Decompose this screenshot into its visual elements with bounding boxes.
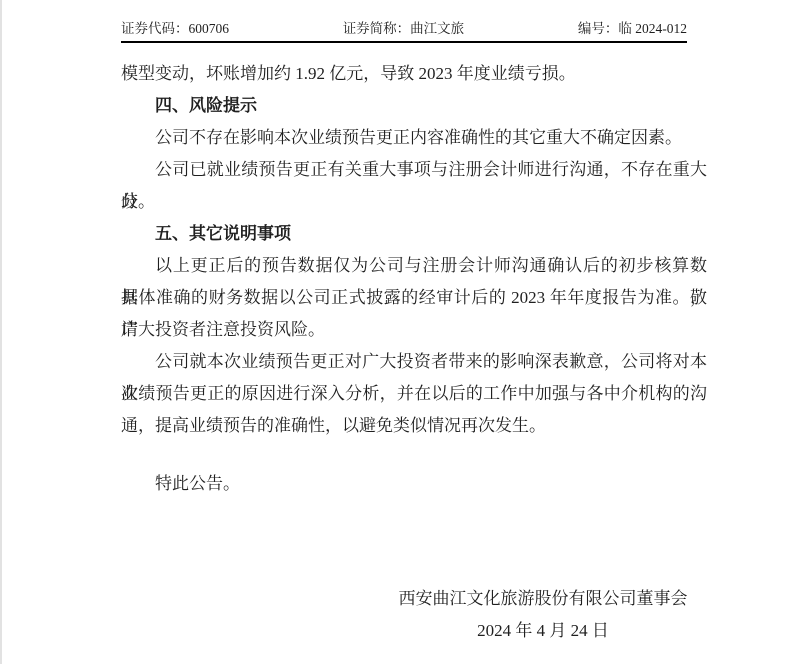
body-line: 业绩预告更正的原因进行深入分析，并在以后的工作中加强与各中介机构的沟 — [121, 378, 707, 410]
body-line-continuation: 模型变动，坏账增加约 1.92 亿元，导致 2023 年度业绩亏损。 — [121, 58, 707, 90]
body-line: 具体准确的财务数据以公司正式披露的经审计后的 2023 年年度报告为准。敬请 — [121, 282, 707, 314]
announcement-page: 证券代码：600706 证券简称：曲江文旅 编号：临 2024-012 模型变动… — [0, 0, 789, 664]
header-divider-rule — [121, 41, 687, 43]
stock-code-label: 证券代码：600706 — [121, 20, 229, 38]
board-signature: 西安曲江文化旅游股份有限公司董事会 — [393, 584, 693, 614]
announcement-number-label: 编号：临 2024-012 — [578, 20, 687, 38]
page-edge-divider — [0, 0, 2, 664]
section-heading-risk: 四、风险提示 — [121, 90, 707, 122]
body-line: 通，提高业绩预告的准确性，以避免类似情况再次发生。 — [121, 410, 707, 442]
body-line: 公司不存在影响本次业绩预告更正内容准确性的其它重大不确定因素。 — [121, 122, 707, 154]
stock-name-label: 证券简称：曲江文旅 — [343, 20, 465, 38]
document-footer: 西安曲江文化旅游股份有限公司董事会 2024 年 4 月 24 日 — [393, 584, 693, 647]
document-header: 证券代码：600706 证券简称：曲江文旅 编号：临 2024-012 — [121, 20, 687, 38]
body-line: 公司就本次业绩预告更正对广大投资者带来的影响深表歉意，公司将对本次 — [121, 346, 707, 378]
body-line: 公司已就业绩预告更正有关重大事项与注册会计师进行沟通，不存在重大分 — [121, 154, 707, 186]
closing-statement: 特此公告。 — [121, 468, 707, 500]
body-line: 歧。 — [121, 186, 707, 218]
body-line: 以上更正后的预告数据仅为公司与注册会计师沟通确认后的初步核算数据， — [121, 250, 707, 282]
section-heading-other: 五、其它说明事项 — [121, 218, 707, 250]
announcement-date: 2024 年 4 月 24 日 — [393, 614, 693, 647]
document-body: 模型变动，坏账增加约 1.92 亿元，导致 2023 年度业绩亏损。 四、风险提… — [121, 58, 707, 500]
body-line: 广大投资者注意投资风险。 — [121, 314, 707, 346]
